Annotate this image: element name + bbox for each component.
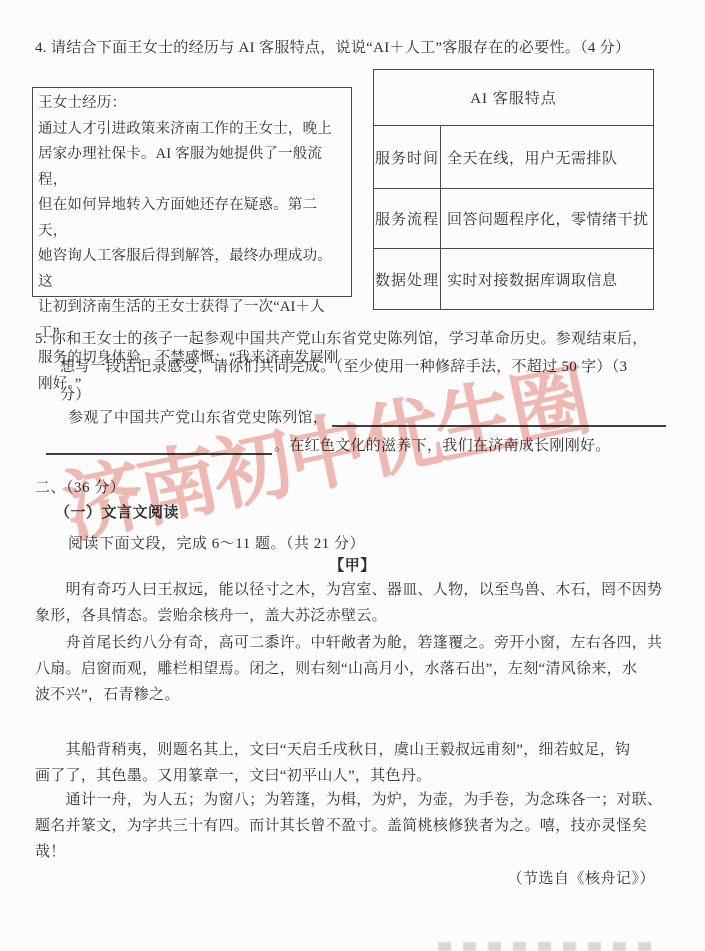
ai-table-row-label: 服务时间: [374, 126, 441, 189]
passage-paragraph-4: 通计一舟，为人五；为窗八；为箬篷，为楫，为炉，为壶，为手卷，为念珠各一；对联、 …: [35, 787, 673, 865]
passage-paragraph-1: 明有奇巧人曰王叔远，能以径寸之木，为宫室、器皿、人物，以至鸟兽、木石，罔不因势 …: [35, 577, 673, 629]
passage-label-jia: 【甲】: [0, 557, 705, 576]
section-2-heading: 二、（36 分）: [35, 479, 125, 498]
answer-blank-1: [332, 409, 666, 427]
passage-source: （节选自《核舟记》）: [35, 870, 655, 889]
answer-blank-2: [46, 437, 272, 455]
experience-box: 王女士经历： 通过人才引进政策来济南工作的王女士，晚上 居家办理社保卡。AI 客…: [32, 87, 352, 297]
exam-page: 济南初中优生圈 4. 请结合下面王女士的经历与 AI 客服特点，说说“AI＋人工…: [0, 0, 705, 951]
ai-feature-table: AI 客服特点 服务时间 全天在线，用户无需排队 服务流程 回答问题程序化，零情…: [373, 69, 654, 310]
question-4-line: 4. 请结合下面王女士的经历与 AI 客服特点，说说“AI＋人工”客服存在的必要…: [35, 38, 675, 58]
question-5-block: 5. 你和王女士的孩子一起参观中国共产党山东省党史陈列馆，学习革命历史。参观结束…: [35, 325, 705, 409]
ai-table-row-value: 实时对接数据库调取信息: [441, 249, 653, 310]
answer-lead-text: 参观了中国共产党山东省党史陈列馆，: [68, 409, 328, 428]
section-2-subheading: （一）文言文阅读: [55, 504, 179, 523]
cutoff-footer-marks: [438, 942, 653, 951]
ai-table-row-value: 全天在线，用户无需排队: [441, 126, 653, 189]
answer-line-1: 参观了中国共产党山东省党史陈列馆，: [68, 409, 666, 428]
ai-table-row-label: 数据处理: [374, 249, 441, 310]
answer-tail-text: 。在红色文化的滋养下，我们在济南成长刚刚好。: [274, 437, 611, 456]
passage-paragraph-2: 舟首尾长约八分有奇，高可二黍许。中轩敞者为舱，箬篷覆之。旁开小窗，左右各四，共 …: [35, 630, 673, 708]
ai-table-row-label: 服务流程: [374, 189, 441, 249]
reading-instruction: 阅读下面文段，完成 6～11 题。（共 21 分）: [68, 535, 365, 554]
passage-paragraph-3: 其船背稍夷，则题名其上，文曰“天启壬戌秋日，虞山王毅叔远甫刻”，细若蚊足，钩 画…: [35, 737, 673, 789]
ai-table-row-value: 回答问题程序化，零情绪干扰: [441, 189, 653, 249]
ai-table-header: AI 客服特点: [374, 70, 653, 126]
answer-line-2: 。在红色文化的滋养下，我们在济南成长刚刚好。: [46, 437, 670, 456]
